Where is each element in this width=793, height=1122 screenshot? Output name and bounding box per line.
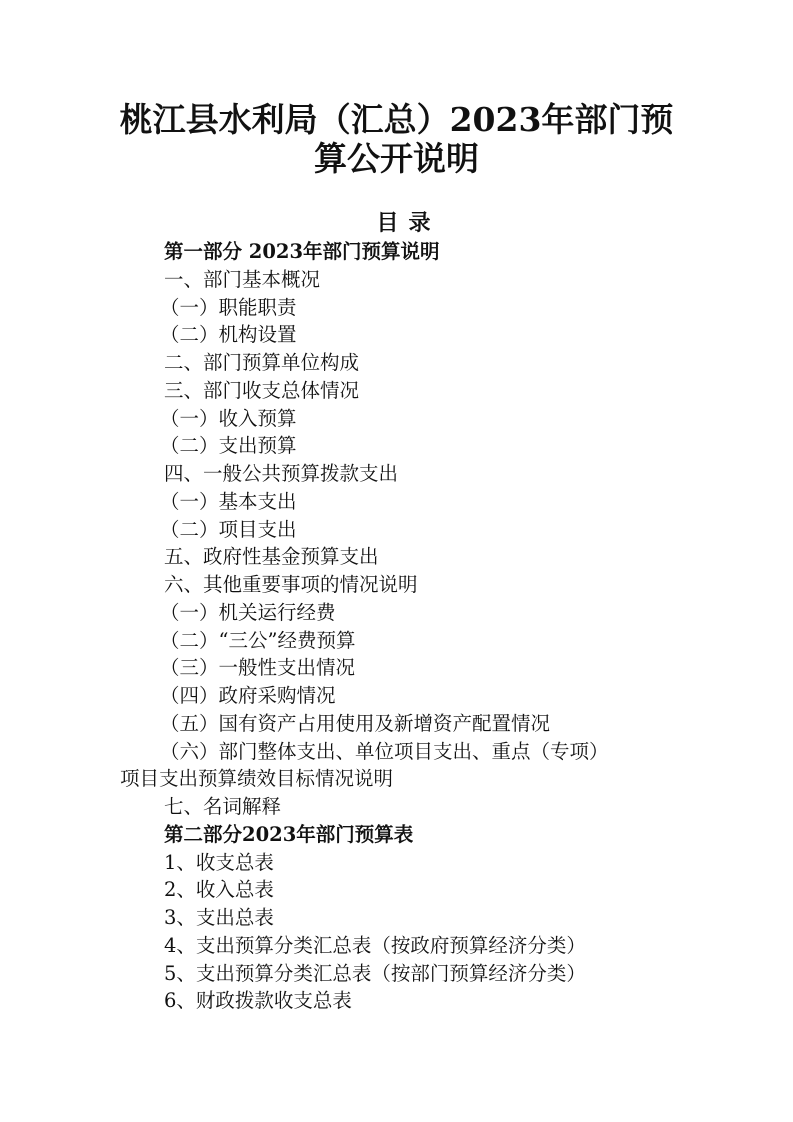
toc-part-heading: 第二部分2023年部门预算表: [120, 821, 680, 849]
toc-item: 七、名词解释: [120, 793, 680, 821]
table-of-contents: 第一部分 2023年部门预算说明 一、部门基本概况 （一）职能职责 （二）机构设…: [120, 238, 680, 1015]
toc-subitem: （一）收入预算: [120, 405, 680, 433]
toc-subitem: （四）政府采购情况: [120, 682, 680, 710]
toc-item: 6、财政拨款收支总表: [120, 987, 680, 1015]
toc-subitem: （二）“三公”经费预算: [120, 627, 680, 655]
toc-item: 六、其他重要事项的情况说明: [120, 571, 680, 599]
toc-subitem: （二）支出预算: [120, 432, 680, 460]
toc-subitem: （一）机关运行经费: [120, 599, 680, 627]
toc-item: 4、支出预算分类汇总表（按政府预算经济分类）: [120, 932, 680, 960]
toc-item: 1、收支总表: [120, 849, 680, 877]
document-title-line-1: 桃江县水利局（汇总）2023年部门预: [0, 100, 793, 140]
toc-part-heading: 第一部分 2023年部门预算说明: [120, 238, 680, 266]
toc-item: 三、部门收支总体情况: [120, 377, 680, 405]
toc-subitem: （一）基本支出: [120, 488, 680, 516]
document-title-line-2: 算公开说明: [0, 139, 793, 179]
toc-subitem: （二）机构设置: [120, 321, 680, 349]
toc-subitem: （三）一般性支出情况: [120, 654, 680, 682]
toc-item: 二、部门预算单位构成: [120, 349, 680, 377]
toc-item: 四、一般公共预算拨款支出: [120, 460, 680, 488]
toc-subitem: （六）部门整体支出、单位项目支出、重点（专项）: [120, 738, 680, 766]
toc-subitem-continuation: 项目支出预算绩效目标情况说明: [120, 765, 680, 793]
toc-subitem: （二）项目支出: [120, 516, 680, 544]
toc-item: 5、支出预算分类汇总表（按部门预算经济分类）: [120, 960, 680, 988]
toc-subitem: （一）职能职责: [120, 294, 680, 322]
toc-item: 2、收入总表: [120, 876, 680, 904]
toc-heading: 目录: [0, 206, 793, 237]
toc-item: 3、支出总表: [120, 904, 680, 932]
toc-item: 一、部门基本概况: [120, 266, 680, 294]
toc-item: 五、政府性基金预算支出: [120, 543, 680, 571]
toc-subitem: （五）国有资产占用使用及新增资产配置情况: [120, 710, 680, 738]
